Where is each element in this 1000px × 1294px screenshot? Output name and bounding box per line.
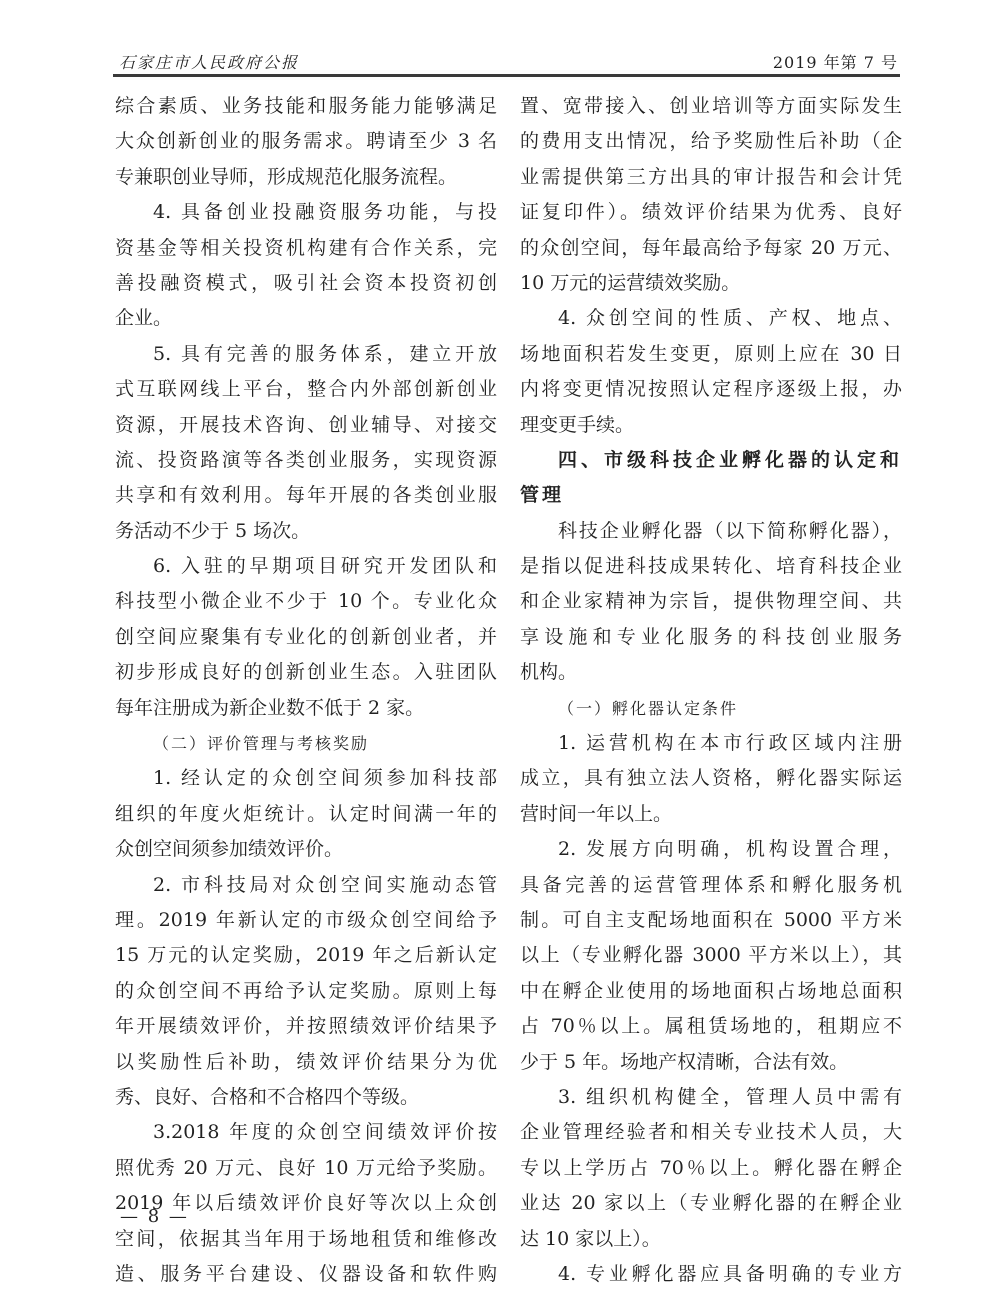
text-line: 3. 组织机构健全，管理人员中需有 [520, 1080, 902, 1115]
text-line: 的费用支出情况，给予奖励性后补助（企 [520, 124, 902, 159]
text-line: 2. 市科技局对众创空间实施动态管 [115, 868, 497, 903]
text-line: 企业管理经验者和相关专业技术人员，大 [520, 1115, 902, 1150]
left-text-column: 综合素质、业务技能和服务能力能够满足大众创新创业的服务需求。聘请至少 3 名专兼… [115, 89, 497, 1292]
text-line: 享设施和专业化服务的科技创业服务 [520, 620, 902, 655]
text-line: 的众创空间不再给予认定奖励。原则上每 [115, 974, 497, 1009]
text-line: 4. 专业孵化器应具备明确的专业方 [520, 1257, 902, 1292]
text-line: 10 万元的运营绩效奖励。 [520, 266, 902, 301]
text-line: 式互联网线上平台，整合内外部创新创业 [115, 372, 497, 407]
text-line: 业需提供第三方出具的审计报告和会计凭 [520, 160, 902, 195]
text-line: 众创空间须参加绩效评价。 [115, 832, 497, 867]
publication-title: 石家庄市人民政府公报 [119, 50, 299, 73]
text-line: 以上（专业孵化器 3000 平方米以上），其 [520, 938, 902, 973]
text-line: 置、宽带接入、创业培训等方面实际发生 [520, 89, 902, 124]
section-heading-line: 管理 [520, 478, 902, 513]
text-line: 内将变更情况按照认定程序逐级上报，办 [520, 372, 902, 407]
text-line: 大众创新创业的服务需求。聘请至少 3 名 [115, 124, 497, 159]
text-line: 初步形成良好的创新创业生态。入驻团队 [115, 655, 497, 690]
text-line: 年开展绩效评价，并按照绩效评价结果予 [115, 1009, 497, 1044]
text-line: 企业。 [115, 301, 497, 336]
text-line: 理。2019 年新认定的市级众创空间给予 [115, 903, 497, 938]
text-line: 照优秀 20 万元、良好 10 万元给予奖励。 [115, 1151, 497, 1186]
text-line: 中在孵企业使用的场地面积占场地总面积 [520, 974, 902, 1009]
text-line: 科技企业孵化器（以下简称孵化器）， [520, 514, 902, 549]
text-line: 成立，具有独立法人资格，孵化器实际运 [520, 761, 902, 796]
text-line: 资源，开展技术咨询、创业辅导、对接交 [115, 408, 497, 443]
text-line: 专兼职创业导师，形成规范化服务流程。 [115, 160, 497, 195]
text-line: 4. 具备创业投融资服务功能，与投 [115, 195, 497, 230]
text-line: 创空间应聚集有专业化的创新创业者，并 [115, 620, 497, 655]
running-header: 石家庄市人民政府公报 2019 年第 7 号 [113, 48, 900, 76]
text-line: 科技型小微企业不少于 10 个。专业化众 [115, 584, 497, 619]
text-line: 和企业家精神为宗旨，提供物理空间、共 [520, 584, 902, 619]
text-line: 1. 经认定的众创空间须参加科技部 [115, 761, 497, 796]
text-line: 善投融资模式，吸引社会资本投资初创 [115, 266, 497, 301]
text-line: 2. 发展方向明确，机构设置合理， [520, 832, 902, 867]
text-line: 证复印件）。绩效评价结果为优秀、良好 [520, 195, 902, 230]
text-line: 机构。 [520, 655, 902, 690]
text-line: 6. 入驻的早期项目研究开发团队和 [115, 549, 497, 584]
issue-number: 2019 年第 7 号 [773, 50, 898, 73]
text-line: 理变更手续。 [520, 408, 902, 443]
text-line: 造、服务平台建设、仪器设备和软件购 [115, 1257, 497, 1292]
text-line: 的众创空间，每年最高给予每家 20 万元、 [520, 231, 902, 266]
text-line: 专以上学历占 70％以上。孵化器在孵企 [520, 1151, 902, 1186]
text-line: 3.2018 年度的众创空间绩效评价按 [115, 1115, 497, 1150]
text-line: 具备完善的运营管理体系和孵化服务机 [520, 868, 902, 903]
text-line: 15 万元的认定奖励，2019 年之后新认定 [115, 938, 497, 973]
text-line: 流、投资路演等各类创业服务，实现资源 [115, 443, 497, 478]
text-line: 每年注册成为新企业数不低于 2 家。 [115, 691, 497, 726]
text-line: 业达 20 家以上（专业孵化器的在孵企业 [520, 1186, 902, 1221]
text-line: 达 10 家以上）。 [520, 1222, 902, 1257]
text-line: 5. 具有完善的服务体系，建立开放 [115, 337, 497, 372]
text-line: 场地面积若发生变更，原则上应在 30 日 [520, 337, 902, 372]
text-line: 资基金等相关投资机构建有合作关系，完 [115, 231, 497, 266]
text-line: 务活动不少于 5 场次。 [115, 514, 497, 549]
text-line: 组织的年度火炬统计。认定时间满一年的 [115, 797, 497, 832]
text-line: 综合素质、业务技能和服务能力能够满足 [115, 89, 497, 124]
text-line: 共享和有效利用。每年开展的各类创业服 [115, 478, 497, 513]
text-line: 4. 众创空间的性质、产权、地点、 [520, 301, 902, 336]
text-line: 少于 5 年。场地产权清晰，合法有效。 [520, 1045, 902, 1080]
header-rule [113, 74, 900, 77]
text-line: 以奖励性后补助，绩效评价结果分为优 [115, 1045, 497, 1080]
text-line: 营时间一年以上。 [520, 797, 902, 832]
text-line: 制。可自主支配场地面积在 5000 平方米 [520, 903, 902, 938]
subsection-heading-line: （二）评价管理与考核奖励 [115, 726, 497, 761]
text-line: 是指以促进科技成果转化、培育科技企业 [520, 549, 902, 584]
subsection-heading-line: （一）孵化器认定条件 [520, 691, 902, 726]
section-heading-line: 四、市级科技企业孵化器的认定和 [520, 443, 902, 478]
text-line: 占 70％以上。属租赁场地的，租期应不 [520, 1009, 902, 1044]
text-line: 1. 运营机构在本市行政区域内注册 [520, 726, 902, 761]
text-line: 秀、良好、合格和不合格四个等级。 [115, 1080, 497, 1115]
page-number: — 8 — [120, 1206, 189, 1227]
right-text-column: 置、宽带接入、创业培训等方面实际发生的费用支出情况，给予奖励性后补助（企业需提供… [520, 89, 902, 1292]
